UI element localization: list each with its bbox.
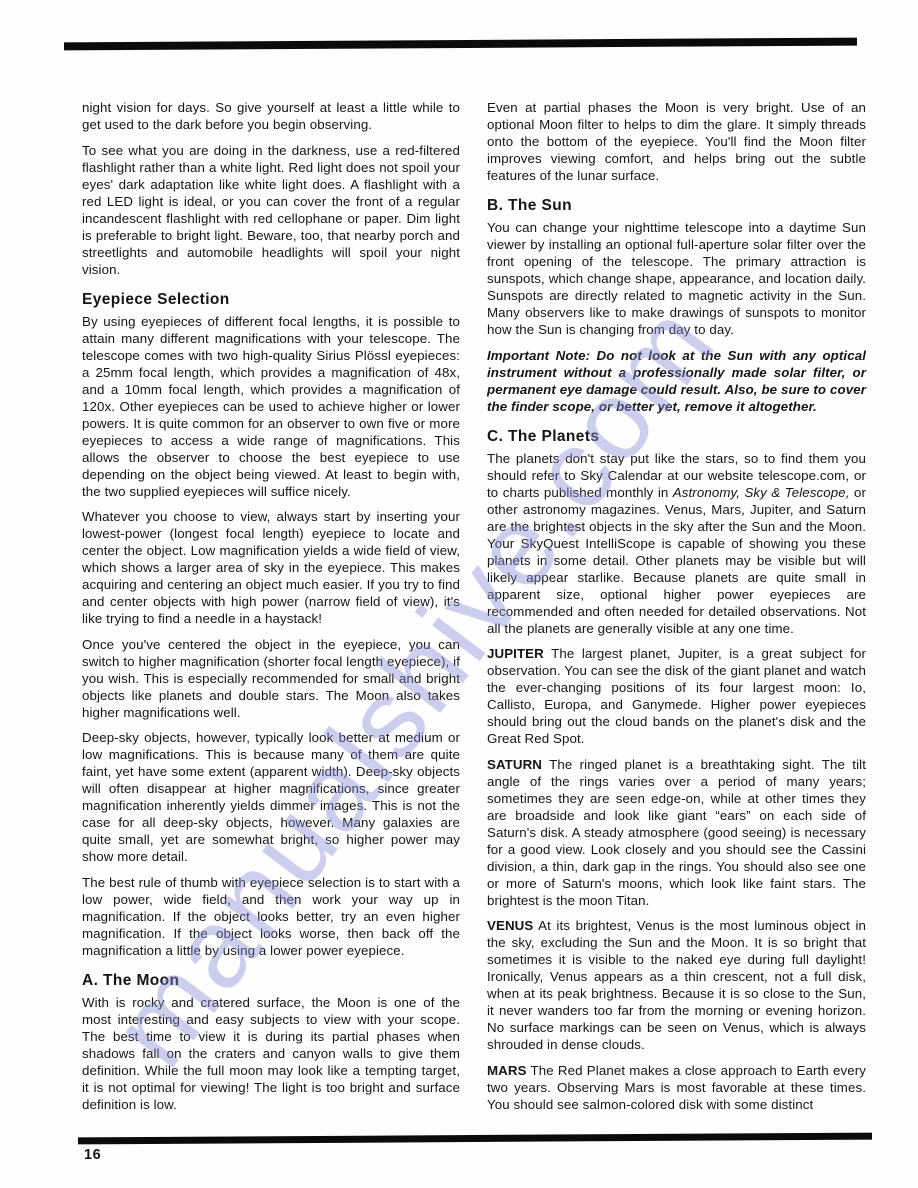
paragraph-important-note: Important Note: Do not look at the Sun w… xyxy=(487,347,866,415)
right-column: Even at partial phases the Moon is very … xyxy=(487,99,866,1121)
paragraph-rule-of-thumb: The best rule of thumb with eyepiece sel… xyxy=(82,874,460,959)
heading-the-moon: A. The Moon xyxy=(82,972,460,989)
paragraph-eyepiece-1: By using eyepieces of different focal le… xyxy=(82,313,460,500)
paragraph-planets: The planets don't stay put like the star… xyxy=(487,450,866,637)
paragraph-mars: MARS The Red Planet makes a close approa… xyxy=(487,1062,866,1113)
heading-the-sun: B. The Sun xyxy=(487,197,866,214)
venus-label: VENUS xyxy=(487,918,533,933)
saturn-label: SATURN xyxy=(487,757,542,772)
venus-text: At its brightest, Venus is the most lumi… xyxy=(487,918,866,1052)
paragraph-venus: VENUS At its brightest, Venus is the mos… xyxy=(487,917,866,1053)
left-column: night vision for days. So give yourself … xyxy=(82,99,460,1121)
planets-text-after: or other astronomy magazines. Venus, Mar… xyxy=(487,485,866,636)
saturn-text: The ringed planet is a breathtaking sigh… xyxy=(487,757,866,908)
paragraph-moon: With is rocky and cratered surface, the … xyxy=(82,994,460,1113)
paragraph-saturn: SATURN The ringed planet is a breathtaki… xyxy=(487,756,866,909)
heading-the-planets: C. The Planets xyxy=(487,428,866,445)
jupiter-label: JUPITER xyxy=(487,646,544,661)
page-number: 16 xyxy=(84,1147,101,1163)
paragraph-flashlight: To see what you are doing in the darknes… xyxy=(82,142,460,278)
jupiter-text: The largest planet, Jupiter, is a great … xyxy=(487,646,866,746)
paragraph-eyepiece-2: Whatever you choose to view, always star… xyxy=(82,508,460,627)
paragraph-deep-sky: Deep-sky objects, however, typically loo… xyxy=(82,729,460,865)
heading-eyepiece-selection: Eyepiece Selection xyxy=(82,291,460,308)
paragraph-sun: You can change your nighttime telescope … xyxy=(487,219,866,338)
planets-magazines-italic: Astronomy, Sky & Telescope, xyxy=(673,485,850,500)
paragraph-eyepiece-3: Once you've centered the object in the e… xyxy=(82,636,460,721)
top-rule xyxy=(64,38,857,51)
paragraph-jupiter: JUPITER The largest planet, Jupiter, is … xyxy=(487,645,866,747)
mars-text: The Red Planet makes a close approach to… xyxy=(487,1063,866,1112)
paragraph-night-vision: night vision for days. So give yourself … xyxy=(82,99,460,133)
paragraph-moon-filter: Even at partial phases the Moon is very … xyxy=(487,99,866,184)
manual-page: night vision for days. So give yourself … xyxy=(0,0,918,1188)
mars-label: MARS xyxy=(487,1063,527,1078)
bottom-rule xyxy=(78,1133,872,1144)
